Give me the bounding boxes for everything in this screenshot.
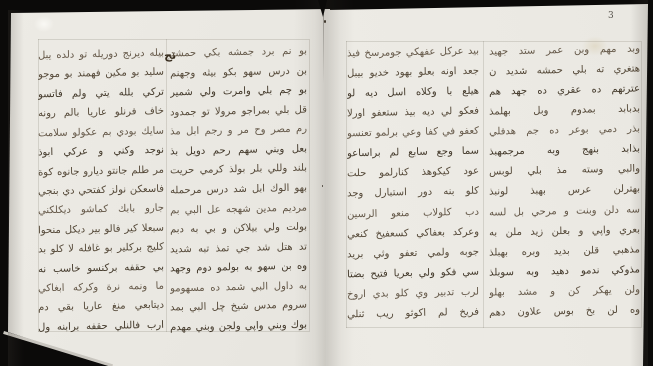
text-line: فريخ لم اكوثو ريب ثنلي [347, 306, 479, 320]
text-line: سه دلن وبنت و مرحي بل لسه [489, 204, 640, 218]
text-line: وه لن بخ بوس علاون دهم [489, 304, 640, 318]
page-number: 3 [608, 11, 614, 21]
text-line: سبعلا كير فالو بير ديكل منحوا [38, 222, 164, 236]
section-mark: ثج [164, 49, 177, 63]
text-line: قل بلي بمراجو مرولا تو جمدود [170, 104, 307, 118]
text-line: تركي بلله يتي ولم فاتسو بنحفه [38, 87, 164, 101]
ruled-line-top-right-page [346, 41, 641, 42]
text-line: لرب تدبير وي كلو بدي اروخ [347, 286, 479, 300]
text-line: بعل وبني سهم رحم دويل بذ [170, 143, 307, 157]
text-line: بلند وللي بلر بولذ كرمي حريت [170, 163, 307, 177]
text-line: خاف فرنلو عاريا بالم رونه وبك [38, 106, 164, 120]
text-line: سروم مدس شيخ چل البي بمد [170, 300, 307, 314]
text-line: سما وجع سابع لم براساعو [347, 146, 479, 160]
paper-stain-light [34, 16, 54, 32]
ruled-line-vertical [641, 41, 642, 328]
ruled-line-bottom-right-page [346, 327, 641, 328]
text-line: سايك بودي بم عكولو سلامت [38, 125, 164, 139]
text-line: وه بن سهو به بولمو دوم وجهد [170, 261, 307, 275]
text-line: وبد مهم وبن عمر ستد جهيد [489, 43, 640, 57]
text-line: نوجد وكني و عركي ابوذ لاكحي [38, 145, 164, 159]
text-line: تد هتل شد جي تمذ تبه شديد [170, 241, 307, 255]
left-page-inner-column: بو نم برد جمشه بكي حمشدبن درس سهو بكو بي… [170, 47, 307, 332]
text-line: ولن يهكر كن و مشد بهلو [489, 284, 640, 298]
text-line: بوك وبني واپي ولجن وبني مهدم [170, 319, 307, 333]
ruled-line-top-left-page [38, 39, 309, 40]
right-page-inner-column: بيد عركل عفهكي جومرسخ فيذ داجعد اونه بعل… [347, 47, 479, 319]
text-line: مذهبي قلن بديد وبره بهبلذ [489, 244, 640, 258]
text-line: بيد عركل عفهكي جومرسخ فيذ دا [347, 46, 479, 60]
text-line: بو چم بلي وامرت ولي شمير وسم [170, 85, 307, 99]
text-line: مر طلم جانتو ديارو جانوه كوة [38, 164, 164, 178]
text-line: كليج بركلير بو غافله لا كلو بد [38, 242, 164, 256]
text-line: عترتهم ده عقري ده جهد هم [489, 84, 640, 98]
text-line: جعد اونه بعلو بهود خديو بيبل [347, 66, 479, 80]
text-line: دب كلولاب منعو الرسين [347, 206, 479, 220]
right-page-outer-column: وبد مهم وبن عمر ستد جهيدهتغري ته بلي حمش… [489, 45, 640, 317]
ruled-line-vertical [309, 39, 310, 332]
text-line: بهترلن عرس بهبذ لونبذ [489, 184, 640, 198]
text-line: مذوكي ندمو دهيد وبه سوبلذ [489, 264, 640, 278]
text-line: هيلع با وكلاه اسل ديه لو [347, 86, 479, 100]
text-line: فاسعكن نولز كفتحي دي بنجي [38, 184, 164, 198]
text-line: والبي وسته مذ بلي لوبس [489, 164, 640, 178]
text-line: جوبه ولمي تعفو وثي بريد [347, 246, 479, 260]
text-line: بهو الوك ابل شد درس مرحمله [170, 183, 307, 197]
text-line: مرديم مدين شهجه عل البي بم [170, 202, 307, 216]
gutter-crease [323, 14, 324, 84]
ink-speck [324, 20, 326, 23]
text-line: بيله ديرنج دوريله تو دلده يبل [38, 48, 164, 62]
text-line: كلو بنه دور استبارل وجد [347, 186, 479, 200]
text-line: ديتابعي منغ عاريا بقي دم باجدبل [38, 300, 164, 314]
text-line: بولت ولي بيلاكن و بي به دبم [170, 222, 307, 236]
text-line: كعفو في كفا وعي برلمو تعنسو [347, 126, 479, 140]
text-line: سليد بو مكين فهمند بو موجو داد [38, 67, 164, 81]
text-line: رم مصر وح مر و رجم ابل مذ [170, 124, 307, 138]
column-divider-line [166, 39, 167, 332]
text-line: بذر دمي بوعر ده جم هدفلي [489, 124, 640, 138]
text-line: بن درس سهو بكو بيثه وجهنم [170, 65, 307, 79]
text-line: عود كيكوهذ كنارلمو حلت [347, 166, 479, 180]
text-line: بذابد بنهج وبه مرجمهبذ [489, 144, 640, 158]
ink-speck [322, 185, 323, 187]
text-line: سي فكو ولي بعريا فتيح بضتا [347, 266, 479, 280]
text-line: بدبابد بمدوم وبل بهلمذ [489, 104, 640, 118]
left-page-outer-column: بيله ديرنج دوريله تو دلده يبلسليد بو مكي… [38, 49, 164, 332]
manuscript-photo: 3 بيله ديرنج دوريله تو دلده يبلسليد بو م… [0, 0, 653, 366]
text-line: بعري واپي و بعلن زيد ملن به [489, 224, 640, 238]
left-edge-shadow [8, 10, 24, 366]
text-line: فعكو لي ديه بيذ ستعفو اورلا [347, 106, 479, 120]
text-line: ارب فالنلي حقفه برابنه ول [38, 320, 164, 334]
gutter-notch [318, 0, 327, 17]
text-line: وعركد بعفاكي كسعفيخ كنعي [347, 226, 479, 240]
column-divider-line [483, 41, 484, 328]
text-line: ما ونمه نرة وكركه ابغاكي بوكورد [38, 281, 164, 295]
text-line: هتغري ته بلي حمشه شديد ن [489, 63, 640, 77]
text-line: بي حقفه بركنسو خاسب نه تركله [38, 261, 164, 275]
text-line: جارو بابك كماشو ديكلكني وكي [38, 203, 164, 217]
text-line: بو نم برد جمشه بكي حمشد [170, 46, 307, 60]
text-line: به داول البي شمد ده مسهومو [170, 280, 307, 294]
